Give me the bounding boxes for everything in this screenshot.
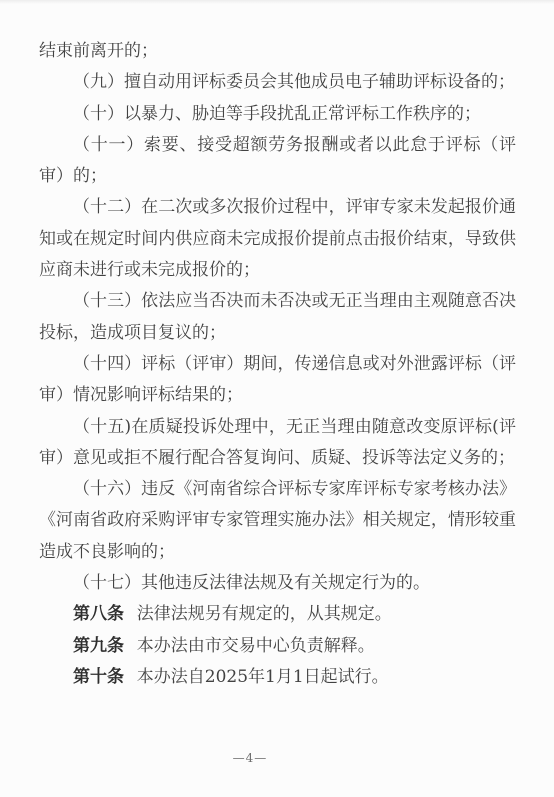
article-text: 本办法自2025年1月1日起试行。 <box>137 667 389 687</box>
article-number: 第九条 <box>73 636 124 656</box>
clause-paragraph: 结束前离开的； <box>39 36 516 67</box>
clause-paragraph: （十六）违反《河南省综合评标专家库评标专家考核办法》《河南省政府采购评审专家管理… <box>39 474 516 568</box>
article-text: 法律法规另有规定的，从其规定。 <box>137 604 392 624</box>
clause-paragraph: （十）以暴力、胁迫等手段扰乱正常评标工作秩序的； <box>39 99 516 130</box>
article-paragraph: 第八条法律法规另有规定的，从其规定。 <box>39 599 516 630</box>
clause-paragraph: （十三）依法应当否决而未否决或无正当理由主观随意否决投标，造成项目复议的； <box>39 286 516 349</box>
clause-paragraph: （九）擅自动用评标委员会其他成员电子辅助评标设备的； <box>39 67 516 98</box>
clause-paragraph: （十二）在二次或多次报价过程中，评审专家未发起报价通知或在规定时间内供应商未完成… <box>39 192 516 286</box>
article-text: 本办法由市交易中心负责解释。 <box>137 636 375 656</box>
clause-paragraph: （十四）评标（评审）期间，传递信息或对外泄露评标（评审）情况影响评标结果的； <box>39 349 516 412</box>
clause-paragraph: （十七）其他违反法律法规及有关规定行为的。 <box>39 568 516 599</box>
document-page: 结束前离开的；（九）擅自动用评标委员会其他成员电子辅助评标设备的；（十）以暴力、… <box>0 0 554 797</box>
clause-paragraph: （十一）索要、接受超额劳务报酬或者以此怠于评标（评审）的； <box>39 130 516 193</box>
page-number: —4— <box>0 751 500 765</box>
document-body: 结束前离开的；（九）擅自动用评标委员会其他成员电子辅助评标设备的；（十）以暴力、… <box>39 36 516 693</box>
article-paragraph: 第九条本办法由市交易中心负责解释。 <box>39 631 516 662</box>
article-number: 第十条 <box>73 667 124 687</box>
article-number: 第八条 <box>73 604 124 624</box>
clause-paragraph: （十五)在质疑投诉处理中，无正当理由随意改变原评标(评审）意见或拒不履行配合答复… <box>39 412 516 475</box>
article-paragraph: 第十条本办法自2025年1月1日起试行。 <box>39 662 516 693</box>
